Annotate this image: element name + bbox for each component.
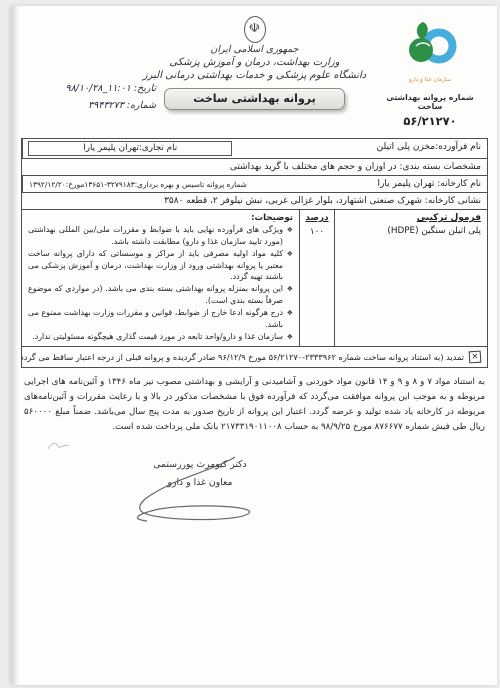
license-number-label: شماره پروانه بهداشتی ساخت <box>374 93 486 111</box>
legal-paragraph: به استناد مواد ۷ و ۸ و ۹ و ۱۴ قانون مواد… <box>24 375 485 435</box>
document-header: ☫ جمهوری اسلامی ایران وزارت بهداشت، درما… <box>21 16 488 136</box>
note-text: این پروانه بمنزله پروانه بهداشتی بسته بن… <box>28 283 283 307</box>
establishment-license-cell: شماره پروانه تاسیس و بهره برداری:۳۲۷۹۱۸۳… <box>22 176 253 192</box>
note-item: ❖ ویژگی های فرآورده نهایی باید با ضوابط … <box>28 224 293 248</box>
handwritten-check-mark <box>45 439 75 455</box>
trade-name: نام تجاری:تهران پلیمر یارا <box>28 141 232 156</box>
table-row-product: نام فرآورده:مخزن پلی اتیلن نام تجاری:تهر… <box>22 139 487 159</box>
factory-address: نشانی کارخانه: شهرک صنعتی اشتهارد، بلوار… <box>22 193 487 209</box>
trade-name-cell: نام تجاری:تهران پلیمر یارا <box>22 139 238 158</box>
signature-zone: دکتر کیومرث پوررستمی معاون غذا و دارو <box>21 437 488 547</box>
iran-emblem-icon: ☫ <box>244 16 266 43</box>
bullet-icon: ❖ <box>283 331 293 343</box>
license-details-table: نام فرآورده:مخزن پلی اتیلن نام تجاری:تهر… <box>21 138 488 347</box>
signature-block: دکتر کیومرث پوررستمی معاون غذا و دارو <box>125 459 275 488</box>
establishment-license-date: مورخ:۱۳۹۲/۱۲/۲۰ <box>29 180 84 189</box>
establishment-license-number: شماره پروانه تاسیس و بهره برداری:۳۲۷۹۱۸۳… <box>84 180 246 189</box>
letter-date: تاریخ: ۱۱:۰۱_۹۸/۱۰/۲۸ <box>31 80 156 97</box>
renewal-text: تمدید (به استناد پروانه ساخت شماره ۲۳۳۳۹… <box>21 352 464 362</box>
notes-header: توضیحات: <box>28 213 293 223</box>
table-row-formula-notes: فرمول ترکیبی پلی اتیلن سنگین (HDPE) درصد… <box>22 210 487 346</box>
formula-value: پلی اتیلن سنگین (HDPE) <box>341 226 481 236</box>
note-item: ❖ این پروانه بمنزله پروانه بهداشتی بسته … <box>28 283 293 307</box>
scanned-health-license-document: { "header": { "left": { "date_line": "تا… <box>0 0 500 688</box>
letter-number: شماره: ۳۹۴۳۲۷۳ <box>31 97 156 114</box>
packaging-specs: مشخصات بسته بندی: در اوزان و حجم های مخت… <box>22 159 487 175</box>
factory-name: نام کارخانه: تهران پلیمر یارا <box>253 176 487 192</box>
percent-value: ۱۰۰ <box>302 227 332 237</box>
header-date-number-block: تاریخ: ۱۱:۰۱_۹۸/۱۰/۲۸ شماره: ۳۹۴۳۲۷۳ <box>31 80 156 114</box>
signatory-name: دکتر کیومرث پوررستمی <box>125 459 275 470</box>
note-item: ❖ سازمان غذا و دارو/واحد تابعه در مورد ق… <box>28 331 293 343</box>
note-item: ❖ درج هرگونه ادعا خارج از ضوابط، قوانین … <box>28 307 293 331</box>
notes-cell: توضیحات: ❖ ویژگی های فرآورده نهایی باید … <box>22 210 299 346</box>
table-row-address: نشانی کارخانه: شهرک صنعتی اشتهارد، بلوار… <box>22 193 487 210</box>
table-row-packaging: مشخصات بسته بندی: در اوزان و حجم های مخت… <box>22 159 487 176</box>
note-text: ویژگی های فرآورده نهایی باید با ضوابط و … <box>28 224 283 248</box>
bullet-icon: ❖ <box>283 307 293 331</box>
note-text: کلیه مواد اولیه مصرفی باید از مراکز و مو… <box>28 248 283 284</box>
product-name: نام فرآورده:مخزن پلی اتیلن <box>238 139 487 158</box>
note-text: سازمان غذا و دارو/واحد تابعه در مورد قیم… <box>32 331 283 343</box>
renewal-checkbox-checked-icon: ✕ <box>469 350 482 363</box>
table-row-factory: نام کارخانه: تهران پلیمر یارا شماره پروا… <box>22 176 487 193</box>
percent-cell: درصد ۱۰۰ <box>299 210 335 346</box>
header-license-block: سازمان غذا و دارو شماره پروانه بهداشتی س… <box>374 16 486 128</box>
signatory-title: معاون غذا و دارو <box>125 477 275 488</box>
note-text: درج هرگونه ادعا خارج از ضوابط، قوانین و … <box>28 307 283 331</box>
bullet-icon: ❖ <box>283 224 293 248</box>
document-paper: ☫ جمهوری اسلامی ایران وزارت بهداشت، درما… <box>12 6 497 685</box>
fda-org-caption: سازمان غذا و دارو <box>374 78 486 84</box>
document-title: پروانه بهداشتی ساخت <box>164 88 345 110</box>
bullet-icon: ❖ <box>283 248 293 284</box>
fda-logo-icon <box>402 16 458 74</box>
renewal-row: ✕ تمدید (به استناد پروانه ساخت شماره ۲۳۳… <box>21 347 488 368</box>
license-number-value: ۵۶/۲۱۲۷۰ <box>374 114 486 128</box>
formula-header: فرمول ترکیبی <box>341 213 481 223</box>
bullet-icon: ❖ <box>283 283 293 307</box>
note-item: ❖ کلیه مواد اولیه مصرفی باید از مراکز و … <box>28 248 293 284</box>
formula-cell: فرمول ترکیبی پلی اتیلن سنگین (HDPE) <box>335 210 487 346</box>
percent-header: درصد <box>302 213 332 223</box>
